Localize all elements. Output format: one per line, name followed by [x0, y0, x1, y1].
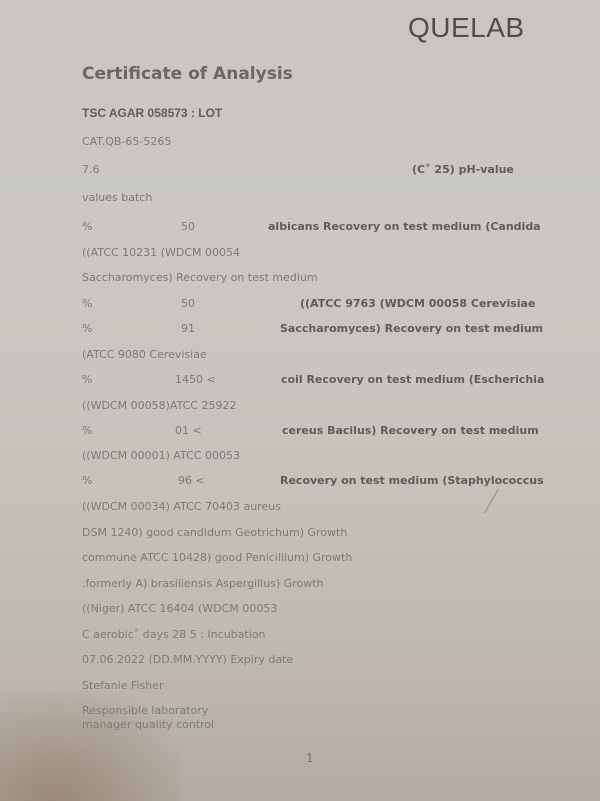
- expiry-date: 07.06.2022 (DD.MM.YYYY) Expiry date: [82, 653, 293, 666]
- strain-reference: ((WDCM 00058)ATCC 25922: [82, 399, 236, 412]
- test-description: albicans Recovery on test medium (Candid…: [268, 220, 541, 233]
- document-title: Certificate of Analysis: [82, 64, 293, 84]
- signatory-role-line1: Responsible laboratory: [82, 704, 208, 717]
- strain-reference: ((WDCM 00001) ATCC 00053: [82, 449, 240, 462]
- unit-percent: %: [82, 322, 92, 335]
- strain-reference: ((ATCC 9763 (WDCM 00058 Cerevisiae: [300, 297, 535, 310]
- test-description: cereus Bacilus) Recovery on test medium: [282, 424, 539, 437]
- strain-reference: ((Niger) ATCC 16404 (WDCM 00053: [82, 602, 277, 615]
- brand-logo: QUELAB: [408, 12, 525, 44]
- unit-percent: %: [82, 220, 92, 233]
- ph-label: (C˚ 25) pH-value: [412, 163, 514, 176]
- test-description: Recovery on test medium (Staphylococcus: [280, 474, 544, 487]
- product-lot: TSC AGAR 058573 : LOT: [82, 106, 222, 120]
- signatory-role-line2: manager quality control: [82, 718, 214, 731]
- result-value: 50: [181, 297, 195, 310]
- result-value: 50: [181, 220, 195, 233]
- growth-result: commune ATCC 10428) good Penicillium) Gr…: [82, 551, 352, 564]
- strain-reference: (ATCC 9080 Cerevisiae: [82, 348, 207, 361]
- ph-value: 7.6: [82, 163, 100, 176]
- unit-percent: %: [82, 297, 92, 310]
- catalog-number: CAT.QB-65-5265: [82, 135, 171, 148]
- incubation-conditions: C aerobic˚ days 28 5 : Incubation: [82, 628, 265, 641]
- pen-mark: [484, 489, 499, 514]
- unit-percent: %: [82, 373, 92, 386]
- strain-reference: ((ATCC 10231 (WDCM 00054: [82, 246, 240, 259]
- section-label: values batch: [82, 191, 152, 204]
- result-value: 1450 <: [175, 373, 216, 386]
- result-value: 96 <: [178, 474, 205, 487]
- result-value: 01 <: [175, 424, 202, 437]
- signatory-name: Stefanie Fisher: [82, 679, 164, 692]
- page-number: 1: [306, 751, 314, 765]
- unit-percent: %: [82, 474, 92, 487]
- test-description: coil Recovery on test medium (Escherichi…: [281, 373, 544, 386]
- test-description: Saccharomyces) Recovery on test medium: [280, 322, 543, 335]
- strain-reference: ((WDCM 00034) ATCC 70403 aureus: [82, 500, 281, 513]
- growth-result: DSM 1240) good candidum Geotrichum) Grow…: [82, 526, 347, 539]
- result-value: 91: [181, 322, 195, 335]
- unit-percent: %: [82, 424, 92, 437]
- test-description: Saccharomyces) Recovery on test medium: [82, 271, 318, 284]
- growth-result: .formerly A) brasiliensis Aspergillus) G…: [82, 577, 324, 590]
